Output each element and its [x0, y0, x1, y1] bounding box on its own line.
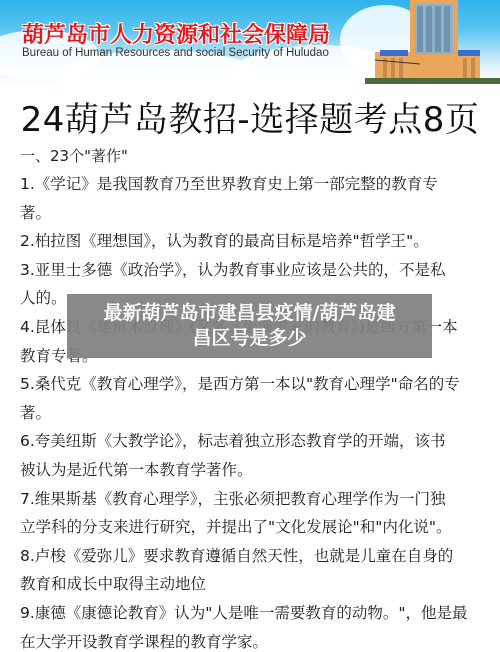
list-item-line: 8.卢梭《爱弥儿》要求教育遵循自然天性，也就是儿童在自身的 — [20, 542, 482, 571]
caption-overlay: 最新葫芦岛市建昌县疫情/葫芦岛建 昌区号是多少 — [67, 294, 432, 358]
header-banner: 葫芦岛市人力资源和社会保障局 Bureau of Human Resources… — [0, 0, 500, 84]
item-list: 1.《学记》是我国教育乃至世界教育史上第一部完整的教育专 著。 2.柏拉图《理想… — [20, 170, 482, 652]
building-image — [345, 0, 500, 84]
list-item-line: 立学科的分支来进行研究，并提出了"文化发展论"和"内化说"。 — [20, 513, 482, 542]
list-item-line: 6.夸美纽斯《大教学论》，标志着独立形态教育学的开端，该书 — [20, 427, 482, 456]
list-item-line: 5.桑代克《教育心理学》，是西方第一本以"教育心理学"命名的专 — [20, 370, 482, 399]
caption-line-1: 最新葫芦岛市建昌县疫情/葫芦岛建 — [104, 301, 396, 326]
list-item-line: 9.康德《康德论教育》认为"人是唯一需要教育的动物。"，他是最 — [20, 599, 482, 628]
list-item-line: 著。 — [20, 199, 482, 228]
list-item-line: 在大学开设教育学课程的教育学家。 — [20, 628, 482, 652]
list-item-line: 1.《学记》是我国教育乃至世界教育史上第一部完整的教育专 — [20, 170, 482, 199]
list-item-line: 2.柏拉图《理想国》，认为教育的最高目标是培养"哲学王"。 — [20, 227, 482, 256]
bureau-subtitle: Bureau of Human Resources and social Sec… — [22, 47, 329, 59]
list-item-line: 教育和成长中取得主动地位 — [20, 570, 482, 599]
document-title: 24葫芦岛教招-选择题考点8页 — [0, 92, 500, 141]
section-heading: 一、23个"著作" — [20, 145, 128, 166]
list-item-line: 7.维果斯基《教育心理学》，主张必须把教育心理学作为一门独 — [20, 485, 482, 514]
caption-line-2: 昌区号是多少 — [192, 326, 306, 351]
list-item-line: 3.亚里士多德《政治学》，认为教育事业应该是公共的，不是私 — [20, 256, 482, 285]
bureau-title: 葫芦岛市人力资源和社会保障局 — [22, 18, 330, 49]
list-item-line: 著。 — [20, 399, 482, 428]
list-item-line: 被认为是近代第一本教育学著作。 — [20, 456, 482, 485]
